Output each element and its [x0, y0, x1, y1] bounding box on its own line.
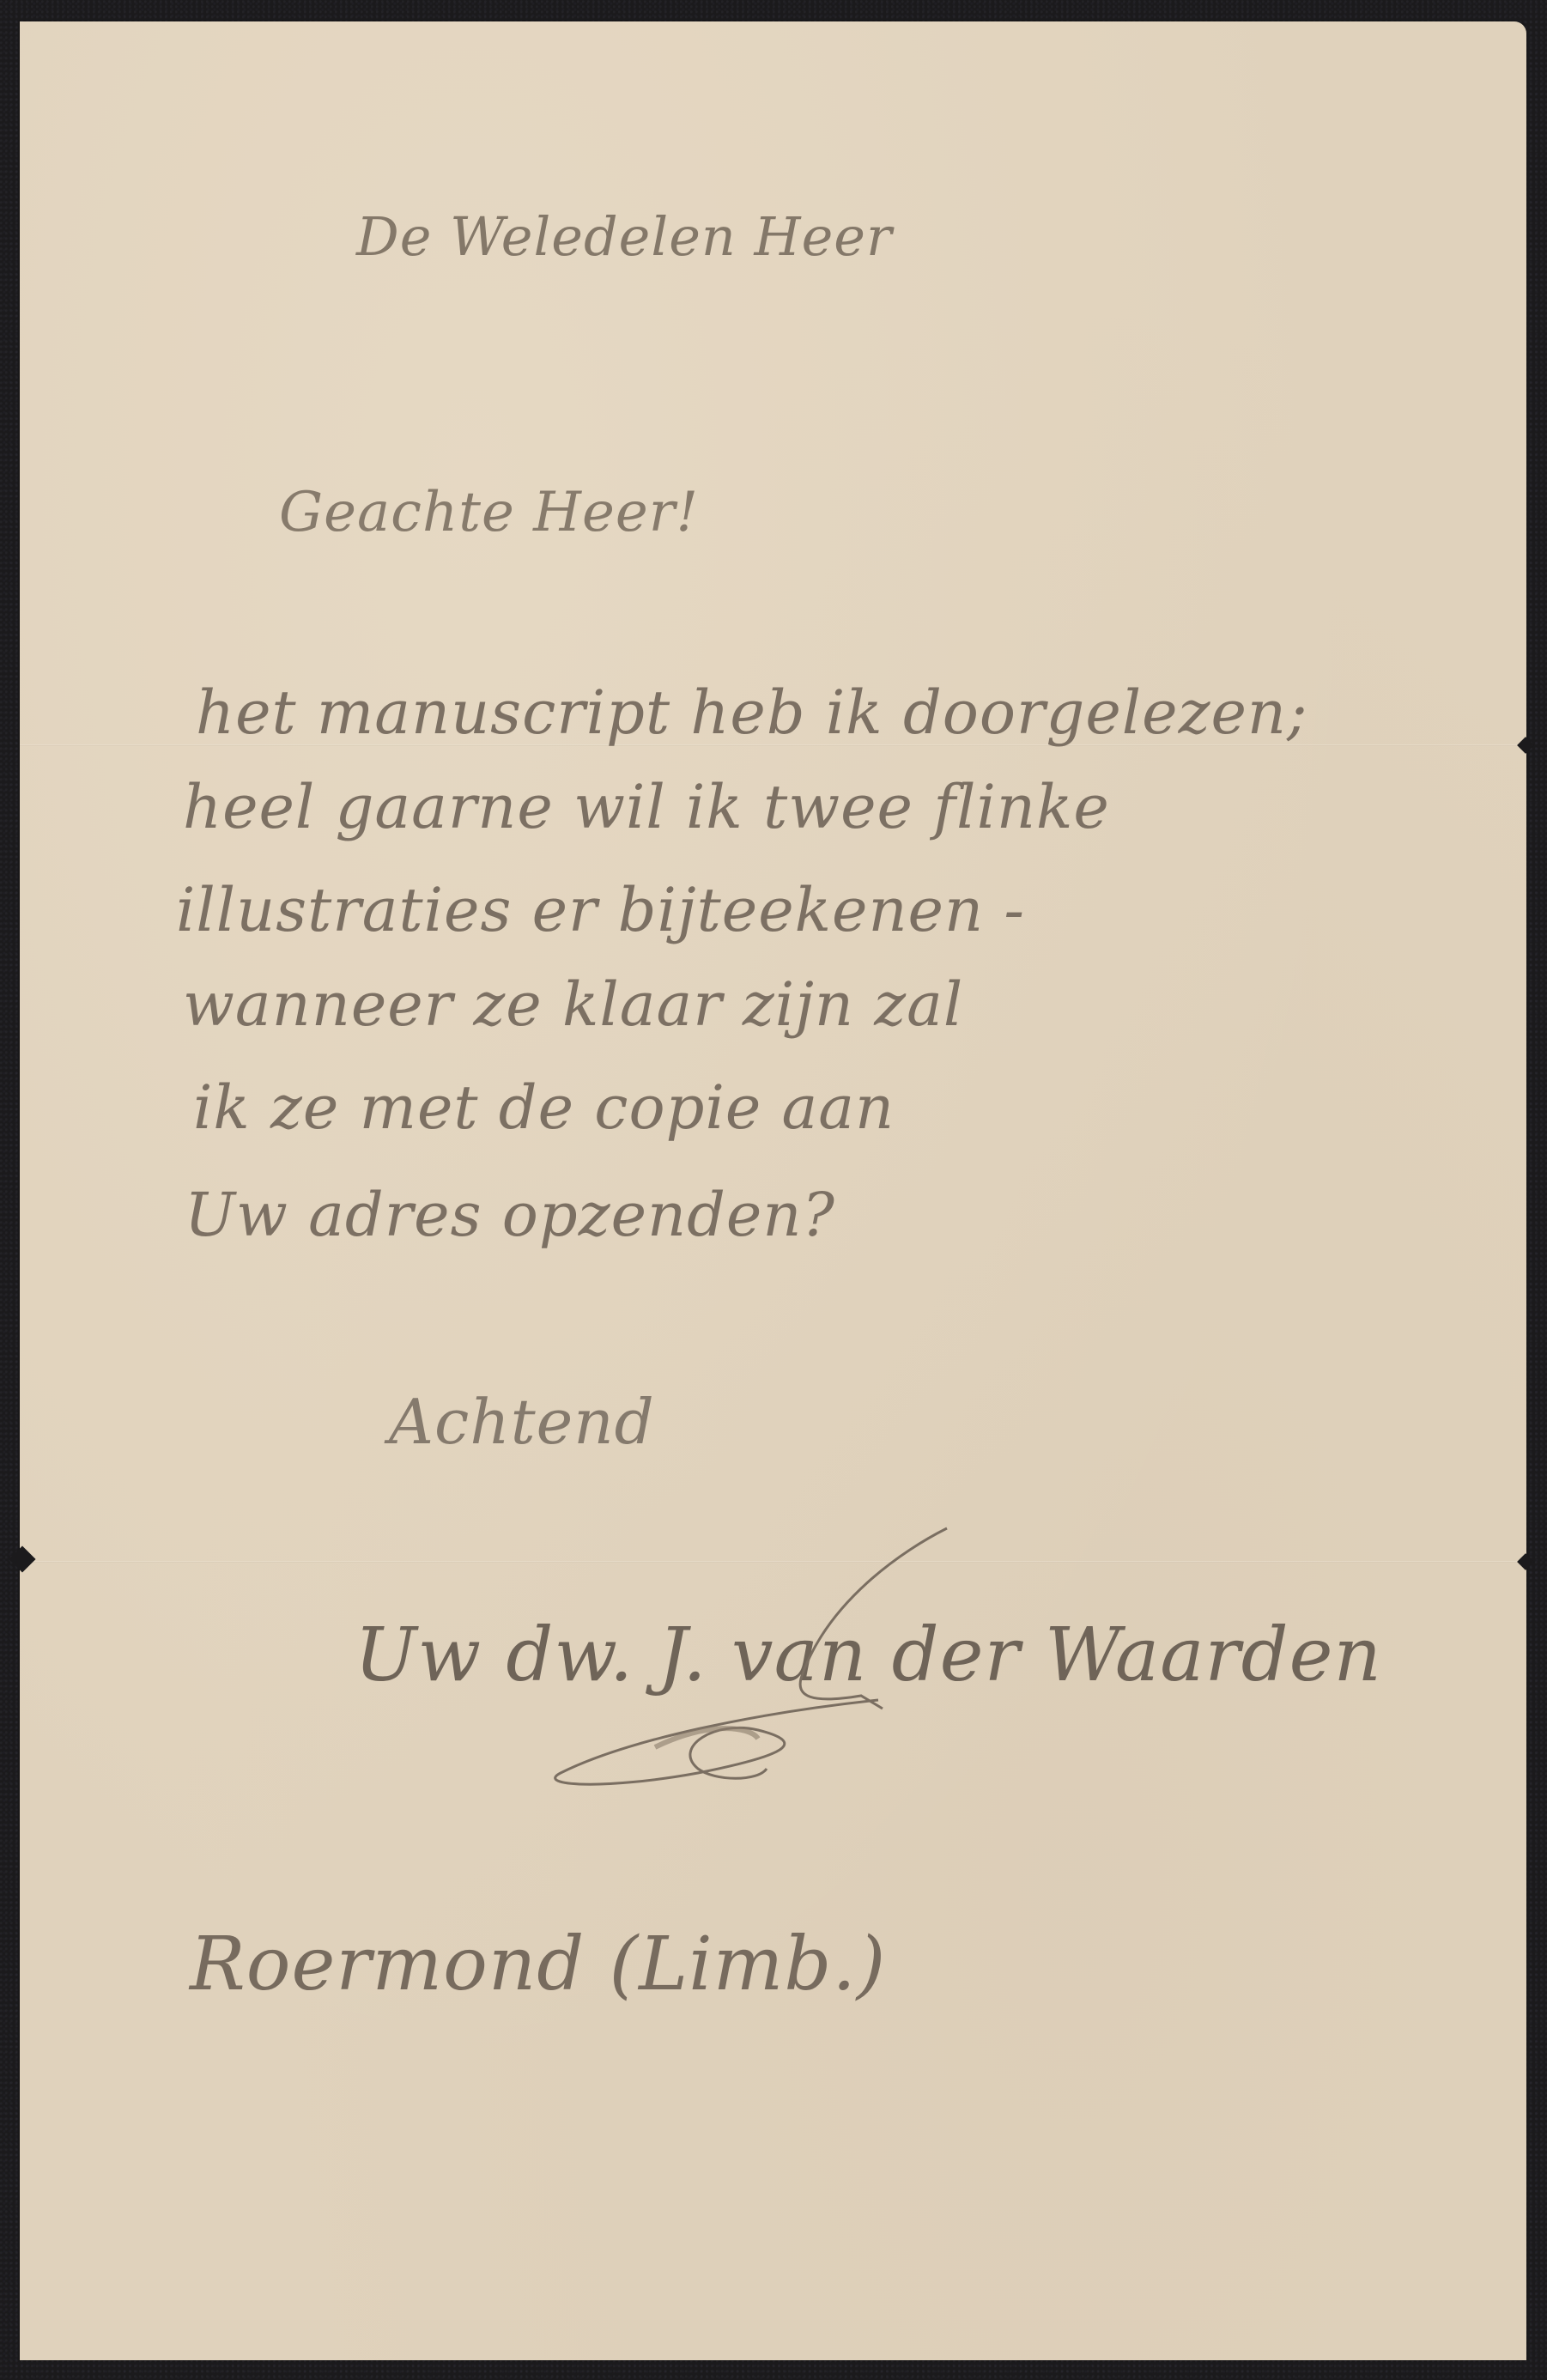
body-line: ik ze met de copie aan: [193, 1078, 895, 1138]
location-line: Roermond (Limb.): [190, 1928, 886, 2001]
body-line: het manuscript heb ik doorgelezen;: [196, 683, 1308, 743]
signature-flourish-icon: [500, 1524, 1325, 1807]
salutation: Geachte Heer!: [279, 485, 699, 540]
body-line: wanneer ze klaar zijn zal: [183, 974, 963, 1035]
letter-sheet: De Weledelen Heer Geachte Heer! het manu…: [20, 21, 1526, 2360]
closing: Achtend: [389, 1391, 655, 1453]
body-line: heel gaarne wil ik twee flinke: [183, 777, 1110, 837]
addressee-line: De Weledelen Heer: [356, 210, 893, 264]
body-line: Uw adres opzenden?: [185, 1185, 835, 1245]
body-line: illustraties er bijteekenen -: [176, 880, 1025, 940]
